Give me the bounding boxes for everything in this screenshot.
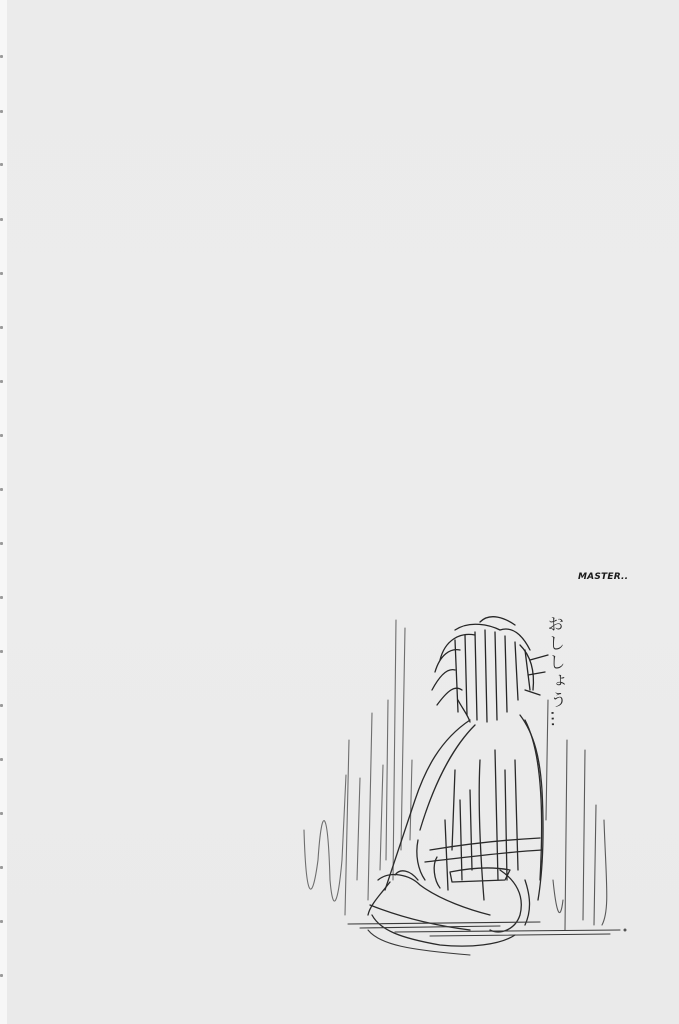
caption-text: MASTER..	[578, 572, 628, 582]
japanese-sound-text: おししょう…	[541, 615, 570, 730]
sketch-figure-icon	[0, 0, 679, 1024]
